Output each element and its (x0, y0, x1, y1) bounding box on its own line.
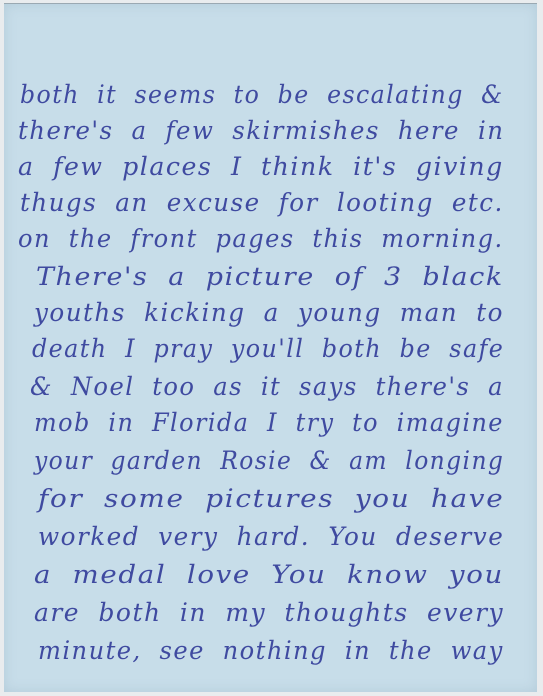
handwritten-line: minute, see nothing in the way (38, 636, 504, 665)
handwritten-line: mob in Florida I try to imagine (34, 408, 504, 437)
handwritten-line: & Noel too as it says there's a (30, 372, 504, 401)
handwritten-line: on the front pages this morning. (18, 224, 504, 253)
handwritten-line: both it seems to be escalating & (20, 80, 504, 109)
handwritten-line: thugs an excuse for looting etc. (20, 188, 504, 217)
handwritten-line: a few places I think it's giving (18, 152, 504, 181)
handwritten-line: youths kicking a young man to (34, 298, 504, 327)
handwritten-line: your garden Rosie & am longing (34, 446, 504, 475)
handwritten-line: are both in my thoughts every (34, 598, 504, 627)
handwritten-line: there's a few skirmishes here in (18, 116, 504, 145)
handwritten-line: There's a picture of 3 black (36, 262, 504, 291)
handwritten-line: death I pray you'll both be safe (32, 334, 504, 363)
handwritten-line: worked very hard. You deserve (38, 522, 504, 551)
letter-page: both it seems to be escalating & there's… (4, 3, 537, 692)
handwritten-line: a medal love You know you (34, 560, 504, 589)
handwritten-line: for some pictures you have (38, 484, 504, 513)
